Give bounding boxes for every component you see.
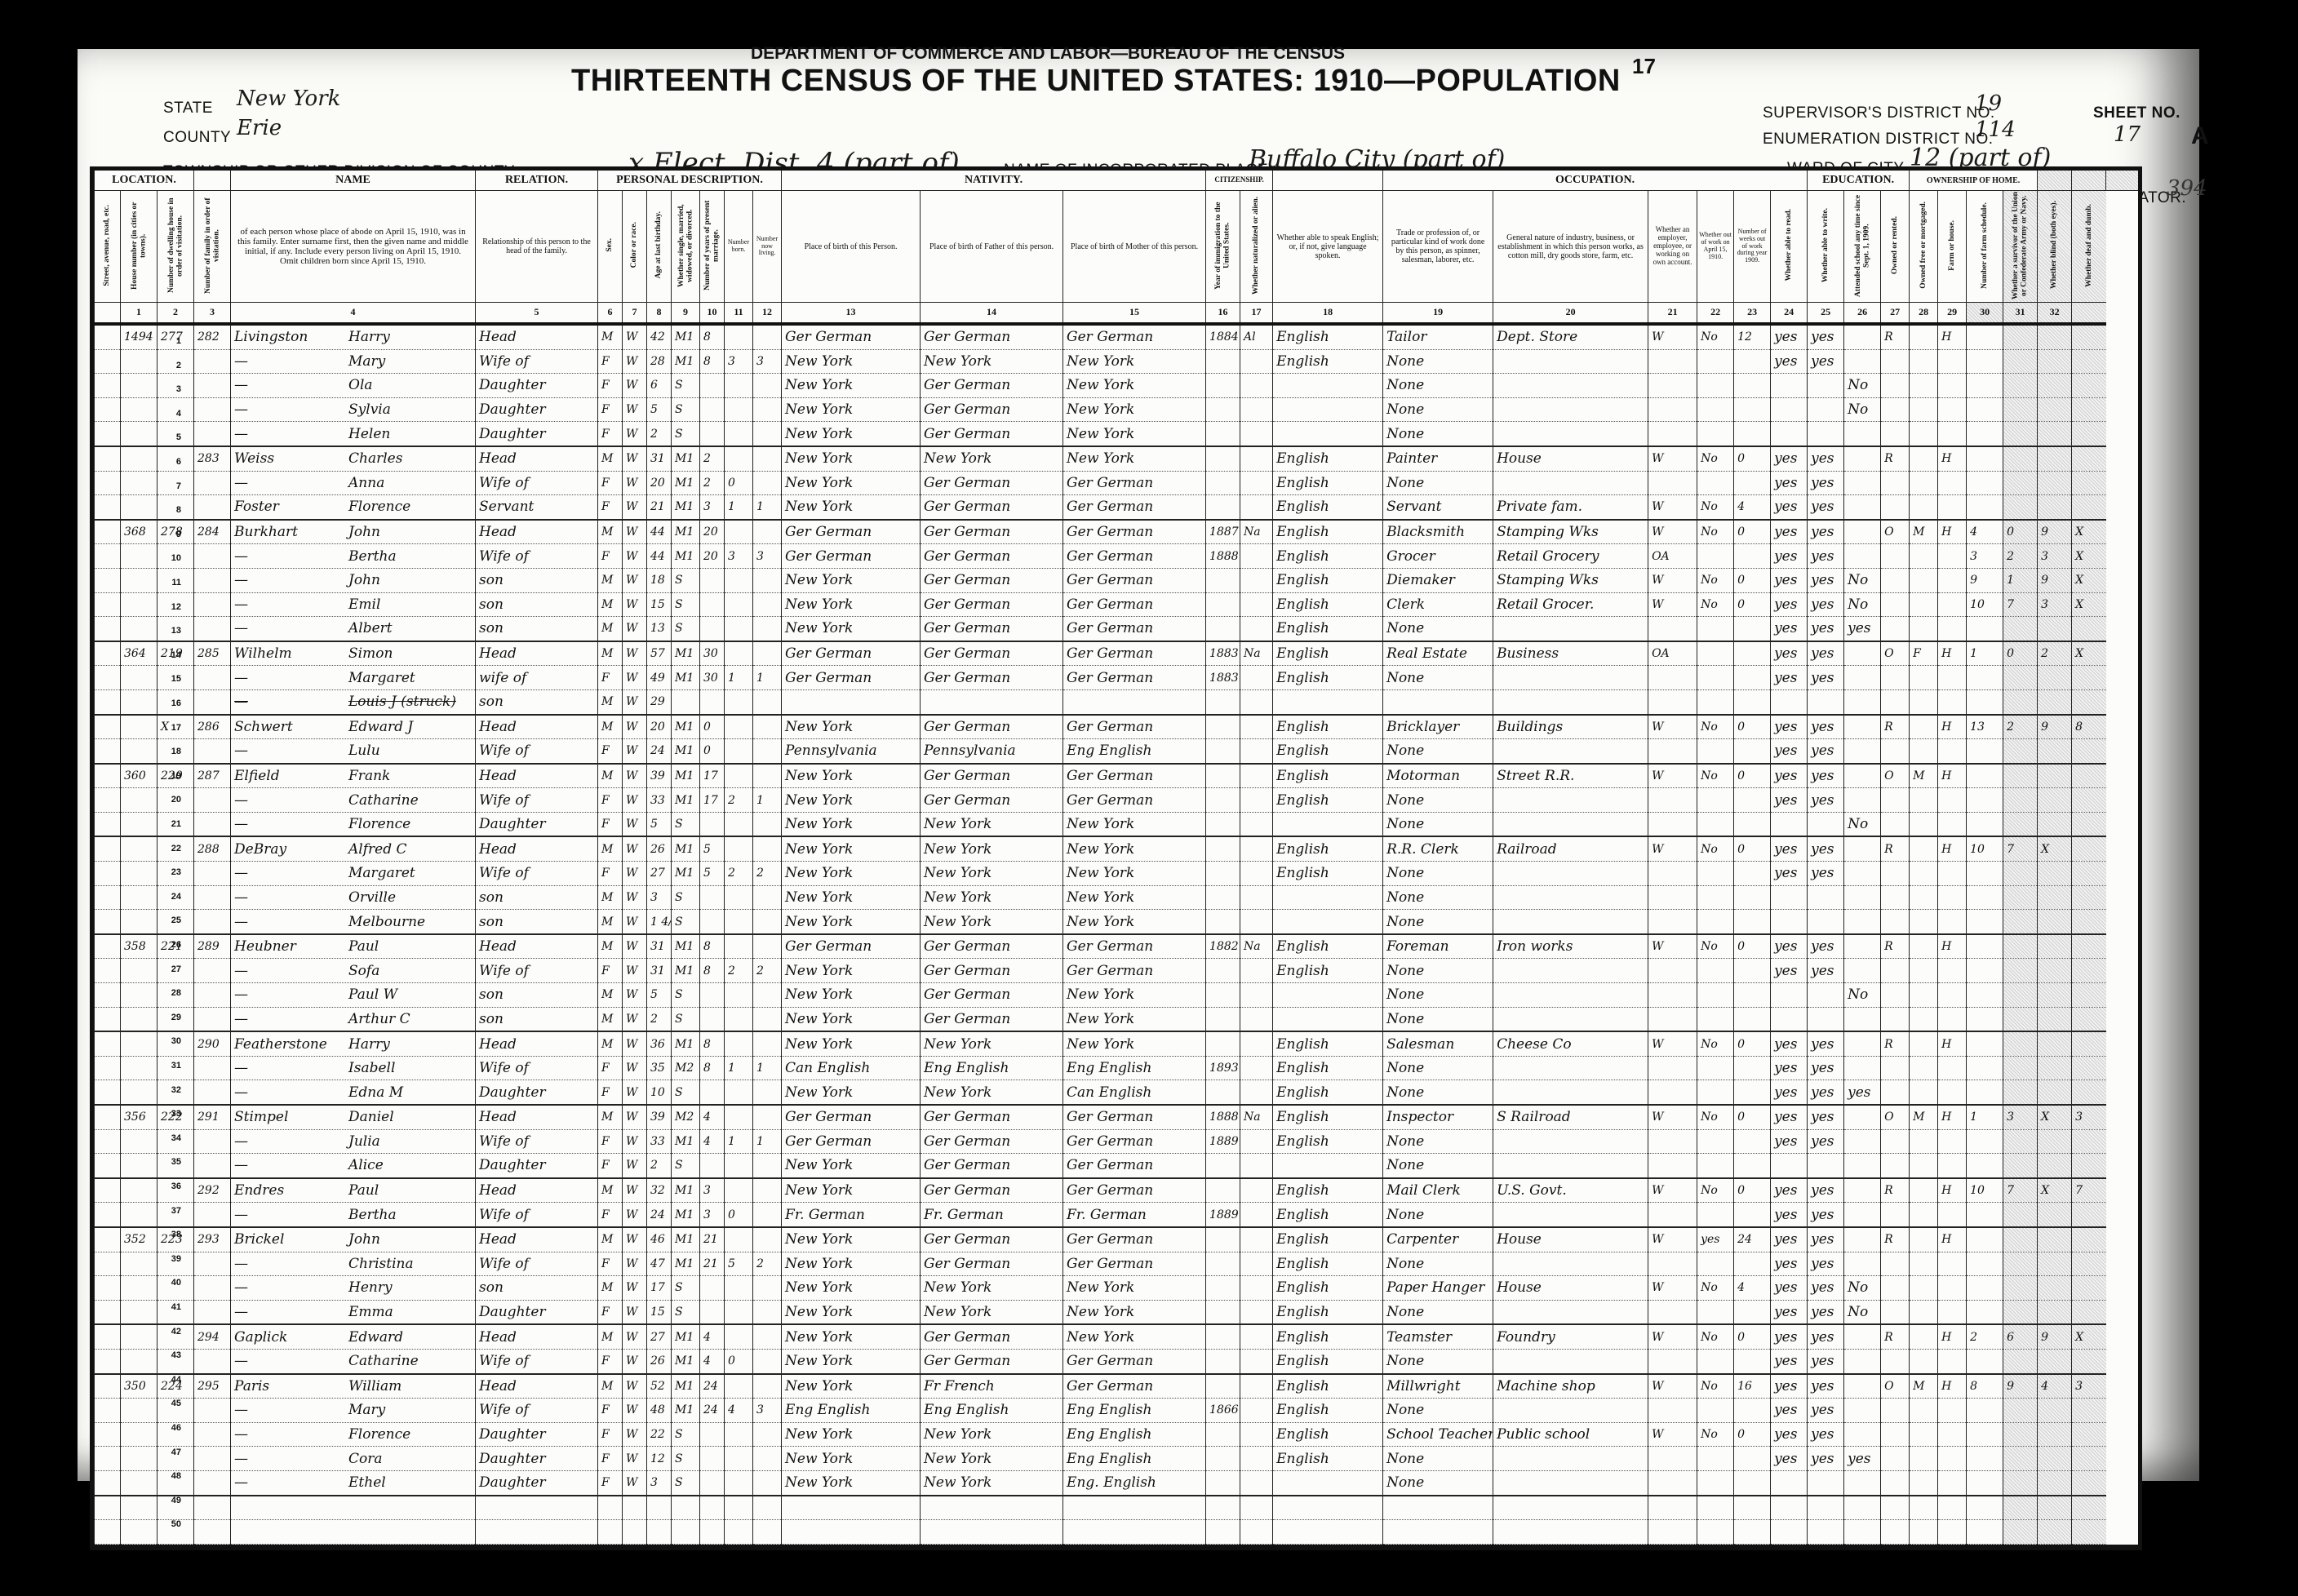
- sex-cell: M: [598, 617, 623, 641]
- school-cell: [1844, 1178, 1881, 1203]
- school-cell: [1844, 1349, 1881, 1373]
- given-name: Mary: [348, 1402, 385, 1418]
- age-cell: 17: [647, 1276, 672, 1301]
- relation-cell: Head: [476, 641, 598, 666]
- family-cell: [194, 422, 231, 446]
- lang-cell: English: [1273, 1422, 1383, 1447]
- table-row: —CatharineWife ofFW26M140New YorkGer Ger…: [95, 1349, 2139, 1373]
- years-cell: 21: [700, 1227, 725, 1252]
- marital-cell: M1: [672, 1178, 700, 1203]
- surname: Stimpel: [234, 1109, 348, 1125]
- father-cell: [921, 689, 1063, 714]
- name-cell: ElfieldFrank: [231, 764, 476, 788]
- line-number: 3: [162, 384, 181, 394]
- c31-cell: 9: [2038, 520, 2072, 544]
- marital-cell: S: [672, 617, 700, 641]
- out-cell: [1697, 959, 1734, 983]
- sched-cell: [1967, 689, 2003, 714]
- sex-cell: M: [598, 1276, 623, 1301]
- c31-cell: 4: [2038, 1374, 2072, 1399]
- hdr-naturalized: Whether naturalized or alien.: [1252, 197, 1260, 295]
- sched-cell: [1967, 349, 2003, 374]
- c31-cell: [2038, 1056, 2072, 1080]
- sched-cell: [1967, 374, 2003, 398]
- family-cell: [194, 983, 231, 1008]
- c32-cell: 3: [2072, 1105, 2106, 1129]
- c32-cell: [2072, 1496, 2106, 1520]
- nat-cell: [1240, 1300, 1273, 1324]
- farm-cell: [1938, 1300, 1967, 1324]
- given-name: Paul: [348, 938, 379, 955]
- mother-cell: Ger German: [1063, 592, 1206, 617]
- given-name: Orville: [348, 889, 396, 906]
- read-cell: [1771, 910, 1808, 934]
- born-cell: [725, 689, 753, 714]
- line-number: 45: [162, 1399, 181, 1408]
- age-cell: 28: [647, 349, 672, 374]
- emp-cell: W: [1648, 446, 1697, 471]
- school-cell: [1844, 1252, 1881, 1276]
- industry-cell: House: [1493, 446, 1648, 471]
- years-cell: 20: [700, 520, 725, 544]
- mother-cell: Fr. German: [1063, 1203, 1206, 1227]
- hdr-industry: General nature of industry, business, or…: [1493, 191, 1648, 303]
- write-cell: yes: [1808, 592, 1844, 617]
- relation-cell: Daughter: [476, 1447, 598, 1471]
- name-cell: —John: [231, 568, 476, 592]
- read-cell: yes: [1771, 568, 1808, 592]
- emp-cell: W: [1648, 934, 1697, 959]
- living-cell: 2: [753, 1252, 782, 1276]
- born-cell: [725, 739, 753, 764]
- house-cell: [121, 592, 157, 617]
- marital-cell: M1: [672, 1399, 700, 1423]
- mort-cell: [1910, 1178, 1938, 1203]
- given-name: John: [348, 1231, 380, 1248]
- marital-cell: S: [672, 1300, 700, 1324]
- out-cell: [1697, 983, 1734, 1008]
- c31-cell: [2038, 862, 2072, 886]
- street-cell: [95, 1056, 121, 1080]
- c32-cell: [2072, 983, 2106, 1008]
- c30-cell: [2003, 1470, 2038, 1495]
- birth-cell: Ger German: [782, 666, 921, 690]
- street-cell: [95, 1422, 121, 1447]
- farm-cell: [1938, 1252, 1967, 1276]
- trade-cell: None: [1383, 1007, 1493, 1031]
- surname: Elfield: [234, 768, 348, 784]
- c30-cell: [2003, 1056, 2038, 1080]
- born-cell: 2: [725, 959, 753, 983]
- immig-cell: [1206, 1252, 1240, 1276]
- industry-cell: Retail Grocer.: [1493, 592, 1648, 617]
- relation-cell: Daughter: [476, 1080, 598, 1105]
- industry-cell: [1493, 1300, 1648, 1324]
- immig-cell: 1888: [1206, 544, 1240, 569]
- industry-cell: [1493, 1520, 1648, 1545]
- relation-cell: Wife of: [476, 1129, 598, 1154]
- name-cell: —Edna M: [231, 1080, 476, 1105]
- sched-cell: 2: [1967, 1324, 2003, 1349]
- surname: —: [234, 792, 348, 809]
- c30-cell: [2003, 764, 2038, 788]
- street-cell: [95, 592, 121, 617]
- farm-cell: [1938, 397, 1967, 422]
- marital-cell: M2: [672, 1056, 700, 1080]
- sched-cell: [1967, 324, 2003, 349]
- c30-cell: [2003, 1080, 2038, 1105]
- write-cell: yes: [1808, 471, 1844, 495]
- mort-cell: [1910, 471, 1938, 495]
- table-row: —BerthaWife ofFW24M130Fr. GermanFr. Germ…: [95, 1203, 2139, 1227]
- c30-cell: [2003, 397, 2038, 422]
- emp-cell: [1648, 422, 1697, 446]
- column-number: 2: [157, 303, 194, 325]
- relation-cell: Head: [476, 520, 598, 544]
- house-cell: 352: [121, 1227, 157, 1252]
- sex-cell: F: [598, 1349, 623, 1373]
- lang-cell: [1273, 422, 1383, 446]
- street-cell: [95, 1300, 121, 1324]
- c30-cell: 1: [2003, 568, 2038, 592]
- born-cell: [725, 446, 753, 471]
- surname: Wilhelm: [234, 645, 348, 662]
- school-cell: [1844, 1154, 1881, 1178]
- column-number: 15: [1063, 303, 1206, 325]
- c32-cell: [2072, 1252, 2106, 1276]
- age-cell: 42: [647, 324, 672, 349]
- sex-cell: M: [598, 715, 623, 739]
- born-cell: [725, 715, 753, 739]
- c30-cell: 6: [2003, 1324, 2038, 1349]
- house-cell: [121, 910, 157, 934]
- birth-cell: New York: [782, 1349, 921, 1373]
- immig-cell: [1206, 739, 1240, 764]
- nat-cell: [1240, 617, 1273, 641]
- years-cell: [700, 397, 725, 422]
- c32-cell: [2072, 812, 2106, 836]
- lang-cell: English: [1273, 862, 1383, 886]
- lang-cell: English: [1273, 788, 1383, 813]
- family-cell: [194, 788, 231, 813]
- farm-cell: H: [1938, 324, 1967, 349]
- school-cell: [1844, 1422, 1881, 1447]
- table-row: 358221289HeubnerPaulHeadMW31M18Ger Germa…: [95, 934, 2139, 959]
- living-cell: [753, 885, 782, 910]
- school-cell: [1844, 1374, 1881, 1399]
- race-cell: W: [623, 592, 647, 617]
- mother-cell: Ger German: [1063, 471, 1206, 495]
- relation-cell: [476, 1496, 598, 1520]
- sex-cell: [598, 1520, 623, 1545]
- read-cell: yes: [1771, 934, 1808, 959]
- street-cell: [95, 885, 121, 910]
- birth-cell: New York: [782, 495, 921, 520]
- industry-cell: [1493, 1447, 1648, 1471]
- mort-cell: [1910, 568, 1938, 592]
- trade-cell: None: [1383, 471, 1493, 495]
- sex-cell: M: [598, 1007, 623, 1031]
- age-cell: 52: [647, 1374, 672, 1399]
- mother-cell: New York: [1063, 910, 1206, 934]
- living-cell: [753, 1203, 782, 1227]
- born-cell: [725, 812, 753, 836]
- weeks-cell: [1734, 544, 1771, 569]
- line-number: 35: [162, 1157, 181, 1167]
- c32-cell: [2072, 1399, 2106, 1423]
- immig-cell: [1206, 422, 1240, 446]
- living-cell: [753, 1496, 782, 1520]
- line-number: 47: [162, 1447, 181, 1457]
- born-cell: [725, 1300, 753, 1324]
- industry-cell: [1493, 959, 1648, 983]
- write-cell: yes: [1808, 641, 1844, 666]
- given-name: Ola: [348, 377, 373, 393]
- c32-cell: X: [2072, 568, 2106, 592]
- marital-cell: M1: [672, 836, 700, 861]
- years-cell: 4: [700, 1129, 725, 1154]
- industry-cell: Stamping Wks: [1493, 520, 1648, 544]
- write-cell: [1808, 689, 1844, 714]
- house-cell: [121, 836, 157, 861]
- table-row: —EthelDaughterFW3SNew YorkNew YorkEng. E…: [95, 1470, 2139, 1495]
- farm-cell: [1938, 1447, 1967, 1471]
- name-cell: —Julia: [231, 1129, 476, 1154]
- industry-cell: Foundry: [1493, 1324, 1648, 1349]
- name-cell: —Bertha: [231, 544, 476, 569]
- school-cell: [1844, 1496, 1881, 1520]
- trade-cell: None: [1383, 1129, 1493, 1154]
- relation-cell: Daughter: [476, 1422, 598, 1447]
- weeks-cell: 0: [1734, 520, 1771, 544]
- sex-cell: M: [598, 910, 623, 934]
- race-cell: W: [623, 1349, 647, 1373]
- trade-cell: None: [1383, 1470, 1493, 1495]
- race-cell: W: [623, 1056, 647, 1080]
- hdr-trade: Trade or profession of, or particular ki…: [1383, 191, 1493, 303]
- race-cell: W: [623, 983, 647, 1008]
- born-cell: 1: [725, 666, 753, 690]
- immig-cell: 1893: [1206, 1056, 1240, 1080]
- sheet-side: A: [2191, 122, 2209, 150]
- street-cell: [95, 1374, 121, 1399]
- mort-cell: [1910, 934, 1938, 959]
- sex-cell: M: [598, 1105, 623, 1129]
- name-cell: —Louis J (struck): [231, 689, 476, 714]
- hdr-age: Age at last birthday.: [654, 211, 663, 278]
- weeks-cell: [1734, 1300, 1771, 1324]
- living-cell: 1: [753, 495, 782, 520]
- mort-cell: [1910, 592, 1938, 617]
- trade-cell: [1383, 689, 1493, 714]
- mother-cell: Ger German: [1063, 324, 1206, 349]
- living-cell: [753, 1007, 782, 1031]
- years-cell: [700, 885, 725, 910]
- c32-cell: [2072, 885, 2106, 910]
- industry-cell: Retail Grocery: [1493, 544, 1648, 569]
- race-cell: W: [623, 1374, 647, 1399]
- trade-cell: Tailor: [1383, 324, 1493, 349]
- mother-cell: Ger German: [1063, 641, 1206, 666]
- name-cell: FosterFlorence: [231, 495, 476, 520]
- weeks-cell: 0: [1734, 1105, 1771, 1129]
- relation-cell: Daughter: [476, 812, 598, 836]
- years-cell: [700, 1447, 725, 1471]
- race-cell: W: [623, 1276, 647, 1301]
- house-cell: [121, 1447, 157, 1471]
- c32-cell: [2072, 422, 2106, 446]
- given-name: Bertha: [348, 1207, 397, 1223]
- emp-cell: W: [1648, 1031, 1697, 1056]
- industry-cell: S Railroad: [1493, 1105, 1648, 1129]
- mother-cell: Can English: [1063, 1080, 1206, 1105]
- living-cell: [753, 324, 782, 349]
- school-cell: yes: [1844, 617, 1881, 641]
- owned-cell: R: [1881, 934, 1910, 959]
- c32-cell: [2072, 862, 2106, 886]
- table-row: —SylviaDaughterFW5SNew YorkGer GermanNew…: [95, 397, 2139, 422]
- sex-cell: M: [598, 324, 623, 349]
- out-cell: [1697, 641, 1734, 666]
- line-number: 21: [162, 819, 181, 829]
- c31-cell: [2038, 689, 2072, 714]
- line-number: 38: [162, 1230, 181, 1239]
- immig-cell: [1206, 397, 1240, 422]
- race-cell: W: [623, 1105, 647, 1129]
- nat-cell: [1240, 1031, 1273, 1056]
- trade-cell: Mail Clerk: [1383, 1178, 1493, 1203]
- industry-cell: [1493, 788, 1648, 813]
- c32-cell: [2072, 397, 2106, 422]
- c30-cell: [2003, 1129, 2038, 1154]
- family-cell: [194, 812, 231, 836]
- nat-cell: [1240, 1470, 1273, 1495]
- sched-cell: 10: [1967, 836, 2003, 861]
- living-cell: [753, 446, 782, 471]
- write-cell: [1808, 1007, 1844, 1031]
- father-cell: Ger German: [921, 983, 1063, 1008]
- sched-cell: 9: [1967, 568, 2003, 592]
- write-cell: yes: [1808, 836, 1844, 861]
- born-cell: [725, 1227, 753, 1252]
- farm-cell: [1938, 349, 1967, 374]
- trade-cell: Inspector: [1383, 1105, 1493, 1129]
- out-cell: [1697, 1080, 1734, 1105]
- table-row: —CoraDaughterFW12SNew YorkNew YorkEng En…: [95, 1447, 2139, 1471]
- marital-cell: M1: [672, 1349, 700, 1373]
- emp-cell: [1648, 1154, 1697, 1178]
- race-cell: W: [623, 495, 647, 520]
- immig-cell: [1206, 689, 1240, 714]
- name-cell: —Catharine: [231, 1349, 476, 1373]
- industry-cell: Stamping Wks: [1493, 568, 1648, 592]
- lang-cell: English: [1273, 1056, 1383, 1080]
- lang-cell: English: [1273, 1300, 1383, 1324]
- weeks-cell: 0: [1734, 715, 1771, 739]
- living-cell: [753, 1276, 782, 1301]
- c32-cell: [2072, 1203, 2106, 1227]
- c32-cell: [2072, 1080, 2106, 1105]
- sex-cell: F: [598, 1422, 623, 1447]
- family-cell: [194, 1447, 231, 1471]
- nat-cell: [1240, 1154, 1273, 1178]
- name-cell: —Florence: [231, 1422, 476, 1447]
- family-cell: [194, 1252, 231, 1276]
- surname: —: [234, 1279, 348, 1296]
- school-cell: No: [1844, 1300, 1881, 1324]
- father-cell: [921, 1520, 1063, 1545]
- c31-cell: X: [2038, 836, 2072, 861]
- nat-cell: [1240, 1178, 1273, 1203]
- name-cell: —Orville: [231, 885, 476, 910]
- surname: Endres: [234, 1182, 348, 1199]
- born-cell: [725, 1470, 753, 1495]
- marital-cell: S: [672, 1080, 700, 1105]
- race-cell: W: [623, 1080, 647, 1105]
- group-personal: PERSONAL DESCRIPTION.: [598, 171, 782, 191]
- nat-cell: [1240, 374, 1273, 398]
- surname: —: [234, 572, 348, 588]
- relation-cell: Servant: [476, 495, 598, 520]
- street-cell: [95, 666, 121, 690]
- mort-cell: [1910, 666, 1938, 690]
- family-cell: [194, 1203, 231, 1227]
- family-cell: [194, 1007, 231, 1031]
- mother-cell: [1063, 689, 1206, 714]
- farm-cell: [1938, 471, 1967, 495]
- table-row: —OlaDaughterFW6SNew YorkGer GermanNew Yo…: [95, 374, 2139, 398]
- lang-cell: English: [1273, 739, 1383, 764]
- name-cell: —Emma: [231, 1300, 476, 1324]
- nat-cell: [1240, 1349, 1273, 1373]
- industry-cell: [1493, 910, 1648, 934]
- hdr-family: Number of family in order of visitation.: [204, 191, 221, 301]
- c32-cell: [2072, 324, 2106, 349]
- write-cell: yes: [1808, 1252, 1844, 1276]
- mother-cell: Ger German: [1063, 568, 1206, 592]
- age-cell: 12: [647, 1447, 672, 1471]
- trade-cell: Motorman: [1383, 764, 1493, 788]
- marital-cell: M1: [672, 1374, 700, 1399]
- street-cell: [95, 1520, 121, 1545]
- c32-cell: 3: [2072, 1374, 2106, 1399]
- write-cell: yes: [1808, 1374, 1844, 1399]
- nat-cell: [1240, 1520, 1273, 1545]
- trade-cell: None: [1383, 1252, 1493, 1276]
- sched-cell: [1967, 1300, 2003, 1324]
- name-cell: —Paul W: [231, 983, 476, 1008]
- sex-cell: M: [598, 983, 623, 1008]
- mort-cell: [1910, 1227, 1938, 1252]
- race-cell: W: [623, 715, 647, 739]
- write-cell: [1808, 910, 1844, 934]
- line-number: 44: [162, 1375, 181, 1385]
- c30-cell: [2003, 1031, 2038, 1056]
- family-cell: 288: [194, 836, 231, 861]
- father-cell: Ger German: [921, 764, 1063, 788]
- column-number: 27: [1881, 303, 1910, 325]
- school-cell: [1844, 1470, 1881, 1495]
- given-name: Paul: [348, 1182, 379, 1199]
- age-cell: 20: [647, 715, 672, 739]
- out-cell: No: [1697, 1178, 1734, 1203]
- sex-cell: F: [598, 1154, 623, 1178]
- sex-cell: F: [598, 495, 623, 520]
- c31-cell: [2038, 1276, 2072, 1301]
- age-cell: 10: [647, 1080, 672, 1105]
- mort-cell: [1910, 1470, 1938, 1495]
- years-cell: [700, 910, 725, 934]
